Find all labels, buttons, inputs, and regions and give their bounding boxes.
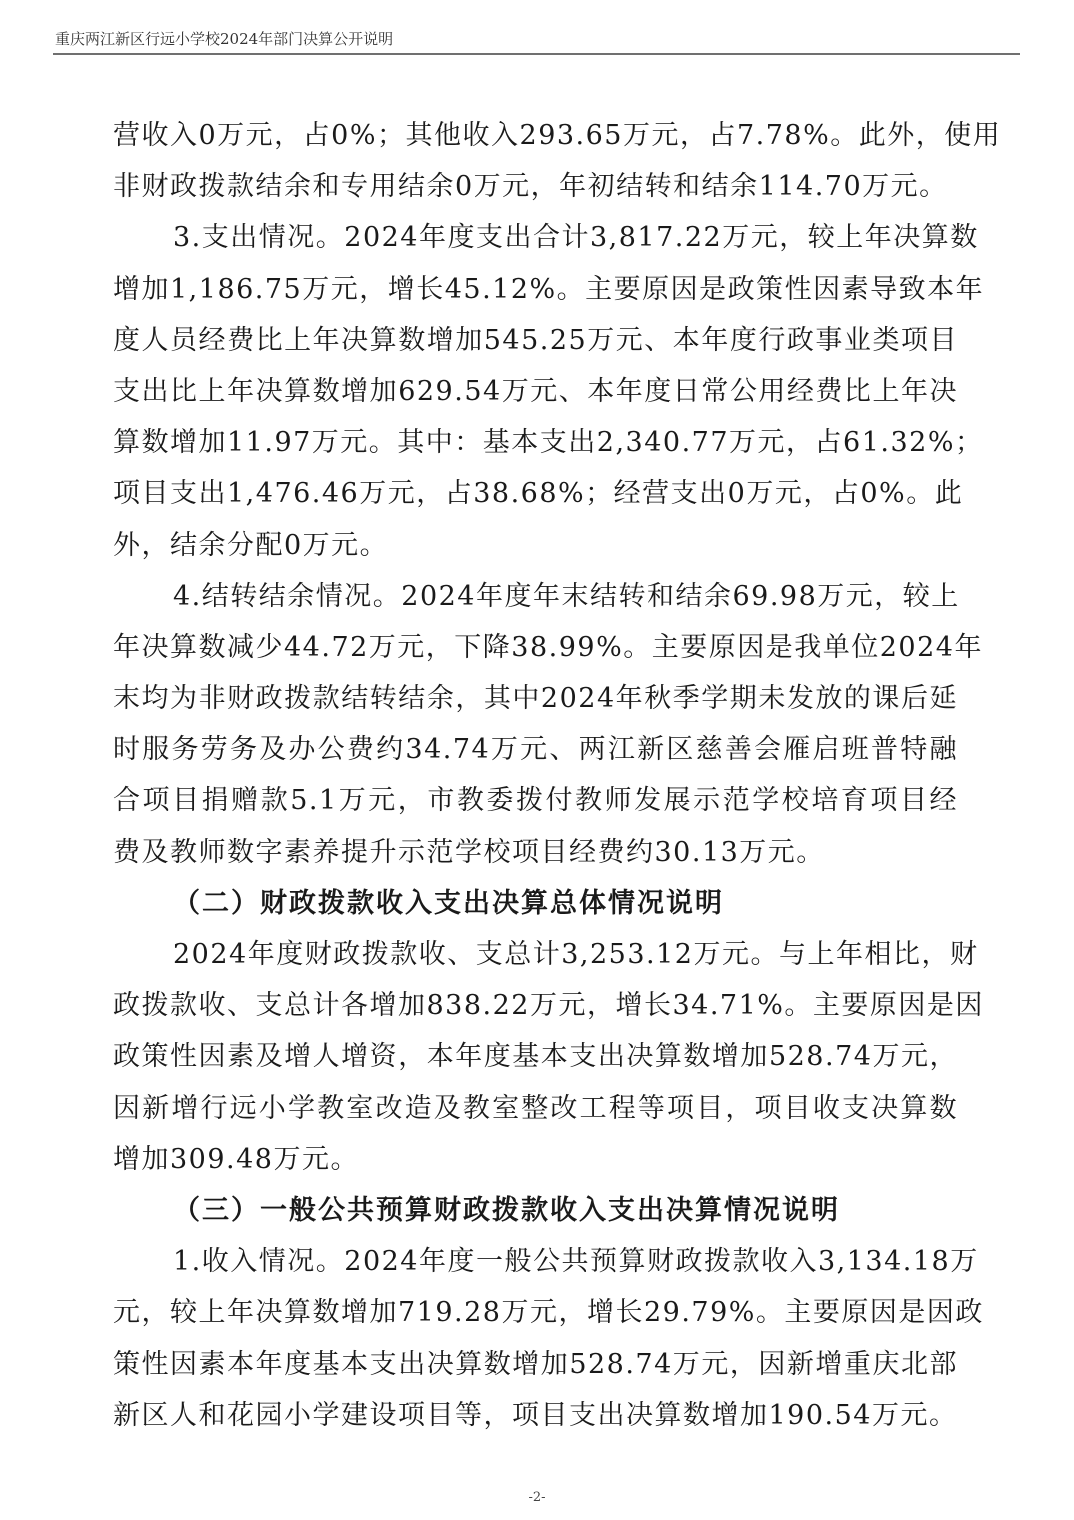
paragraph-carryover: 4.结转结余情况。2024年度年末结转和结余69.98万元，较上 bbox=[113, 571, 958, 622]
paragraph-income: 1.收入情况。2024年度一般公共预算财政拨款收入3,134.18万 bbox=[113, 1236, 958, 1287]
text-line: 项目支出1,476.46万元，占38.68%；经营支出0万元，占0%。此 bbox=[113, 468, 958, 519]
text-line: 度人员经费比上年决算数增加545.25万元、本年度行政事业类项目 bbox=[113, 315, 958, 366]
text-line: 合项目捐赠款5.1万元，市教委拨付教师发展示范学校培育项目经 bbox=[113, 775, 958, 826]
header-divider bbox=[53, 53, 1020, 55]
page-number: -2- bbox=[0, 1490, 1074, 1505]
text-line: 策性因素本年度基本支出决算数增加528.74万元，因新增重庆北部 bbox=[113, 1339, 958, 1390]
section-heading-general-public-budget: （三）一般公共预算财政拨款收入支出决算情况说明 bbox=[113, 1185, 958, 1236]
section-heading-fiscal-overall: （二）财政拨款收入支出决算总体情况说明 bbox=[113, 878, 958, 929]
text-line: 时服务劳务及办公费约34.74万元、两江新区慈善会雁启班普特融 bbox=[113, 724, 958, 775]
text-line: 元，较上年决算数增加719.28万元，增长29.79%。主要原因是因政 bbox=[113, 1287, 958, 1338]
text-line: 政策性因素及增人增资，本年度基本支出决算数增加528.74万元， bbox=[113, 1031, 958, 1082]
text-line: 政拨款收、支总计各增加838.22万元，增长34.71%。主要原因是因 bbox=[113, 980, 958, 1031]
text-line: 算数增加11.97万元。其中：基本支出2,340.77万元，占61.32%； bbox=[113, 417, 958, 468]
text-line: 增加309.48万元。 bbox=[113, 1134, 958, 1185]
text-line: 增加1,186.75万元，增长45.12%。主要原因是政策性因素导致本年 bbox=[113, 264, 958, 315]
text-line: 年决算数减少44.72万元，下降38.99%。主要原因是我单位2024年 bbox=[113, 622, 958, 673]
paragraph-expenditure: 3.支出情况。2024年度支出合计3,817.22万元，较上年决算数 bbox=[113, 212, 958, 263]
text-line: 费及教师数字素养提升示范学校项目经费约30.13万元。 bbox=[113, 827, 958, 878]
text-line: 支出比上年决算数增加629.54万元、本年度日常公用经费比上年决 bbox=[113, 366, 958, 417]
text-line: 非财政拨款结余和专用结余0万元，年初结转和结余114.70万元。 bbox=[113, 161, 958, 212]
text-line: 新区人和花园小学建设项目等，项目支出决算数增加190.54万元。 bbox=[113, 1390, 958, 1441]
document-body: 营收入0万元，占0%；其他收入293.65万元，占7.78%。此外，使用 非财政… bbox=[113, 110, 958, 1441]
text-line: 末均为非财政拨款结转结余，其中2024年秋季学期未发放的课后延 bbox=[113, 673, 958, 724]
text-line: 外，结余分配0万元。 bbox=[113, 520, 958, 571]
page-header-title: 重庆两江新区行远小学校2024年部门决算公开说明 bbox=[55, 28, 393, 49]
paragraph-fiscal-overall: 2024年度财政拨款收、支总计3,253.12万元。与上年相比，财 bbox=[113, 929, 958, 980]
text-line: 营收入0万元，占0%；其他收入293.65万元，占7.78%。此外，使用 bbox=[113, 110, 958, 161]
text-line: 因新增行远小学教室改造及教室整改工程等项目，项目收支决算数 bbox=[113, 1083, 958, 1134]
